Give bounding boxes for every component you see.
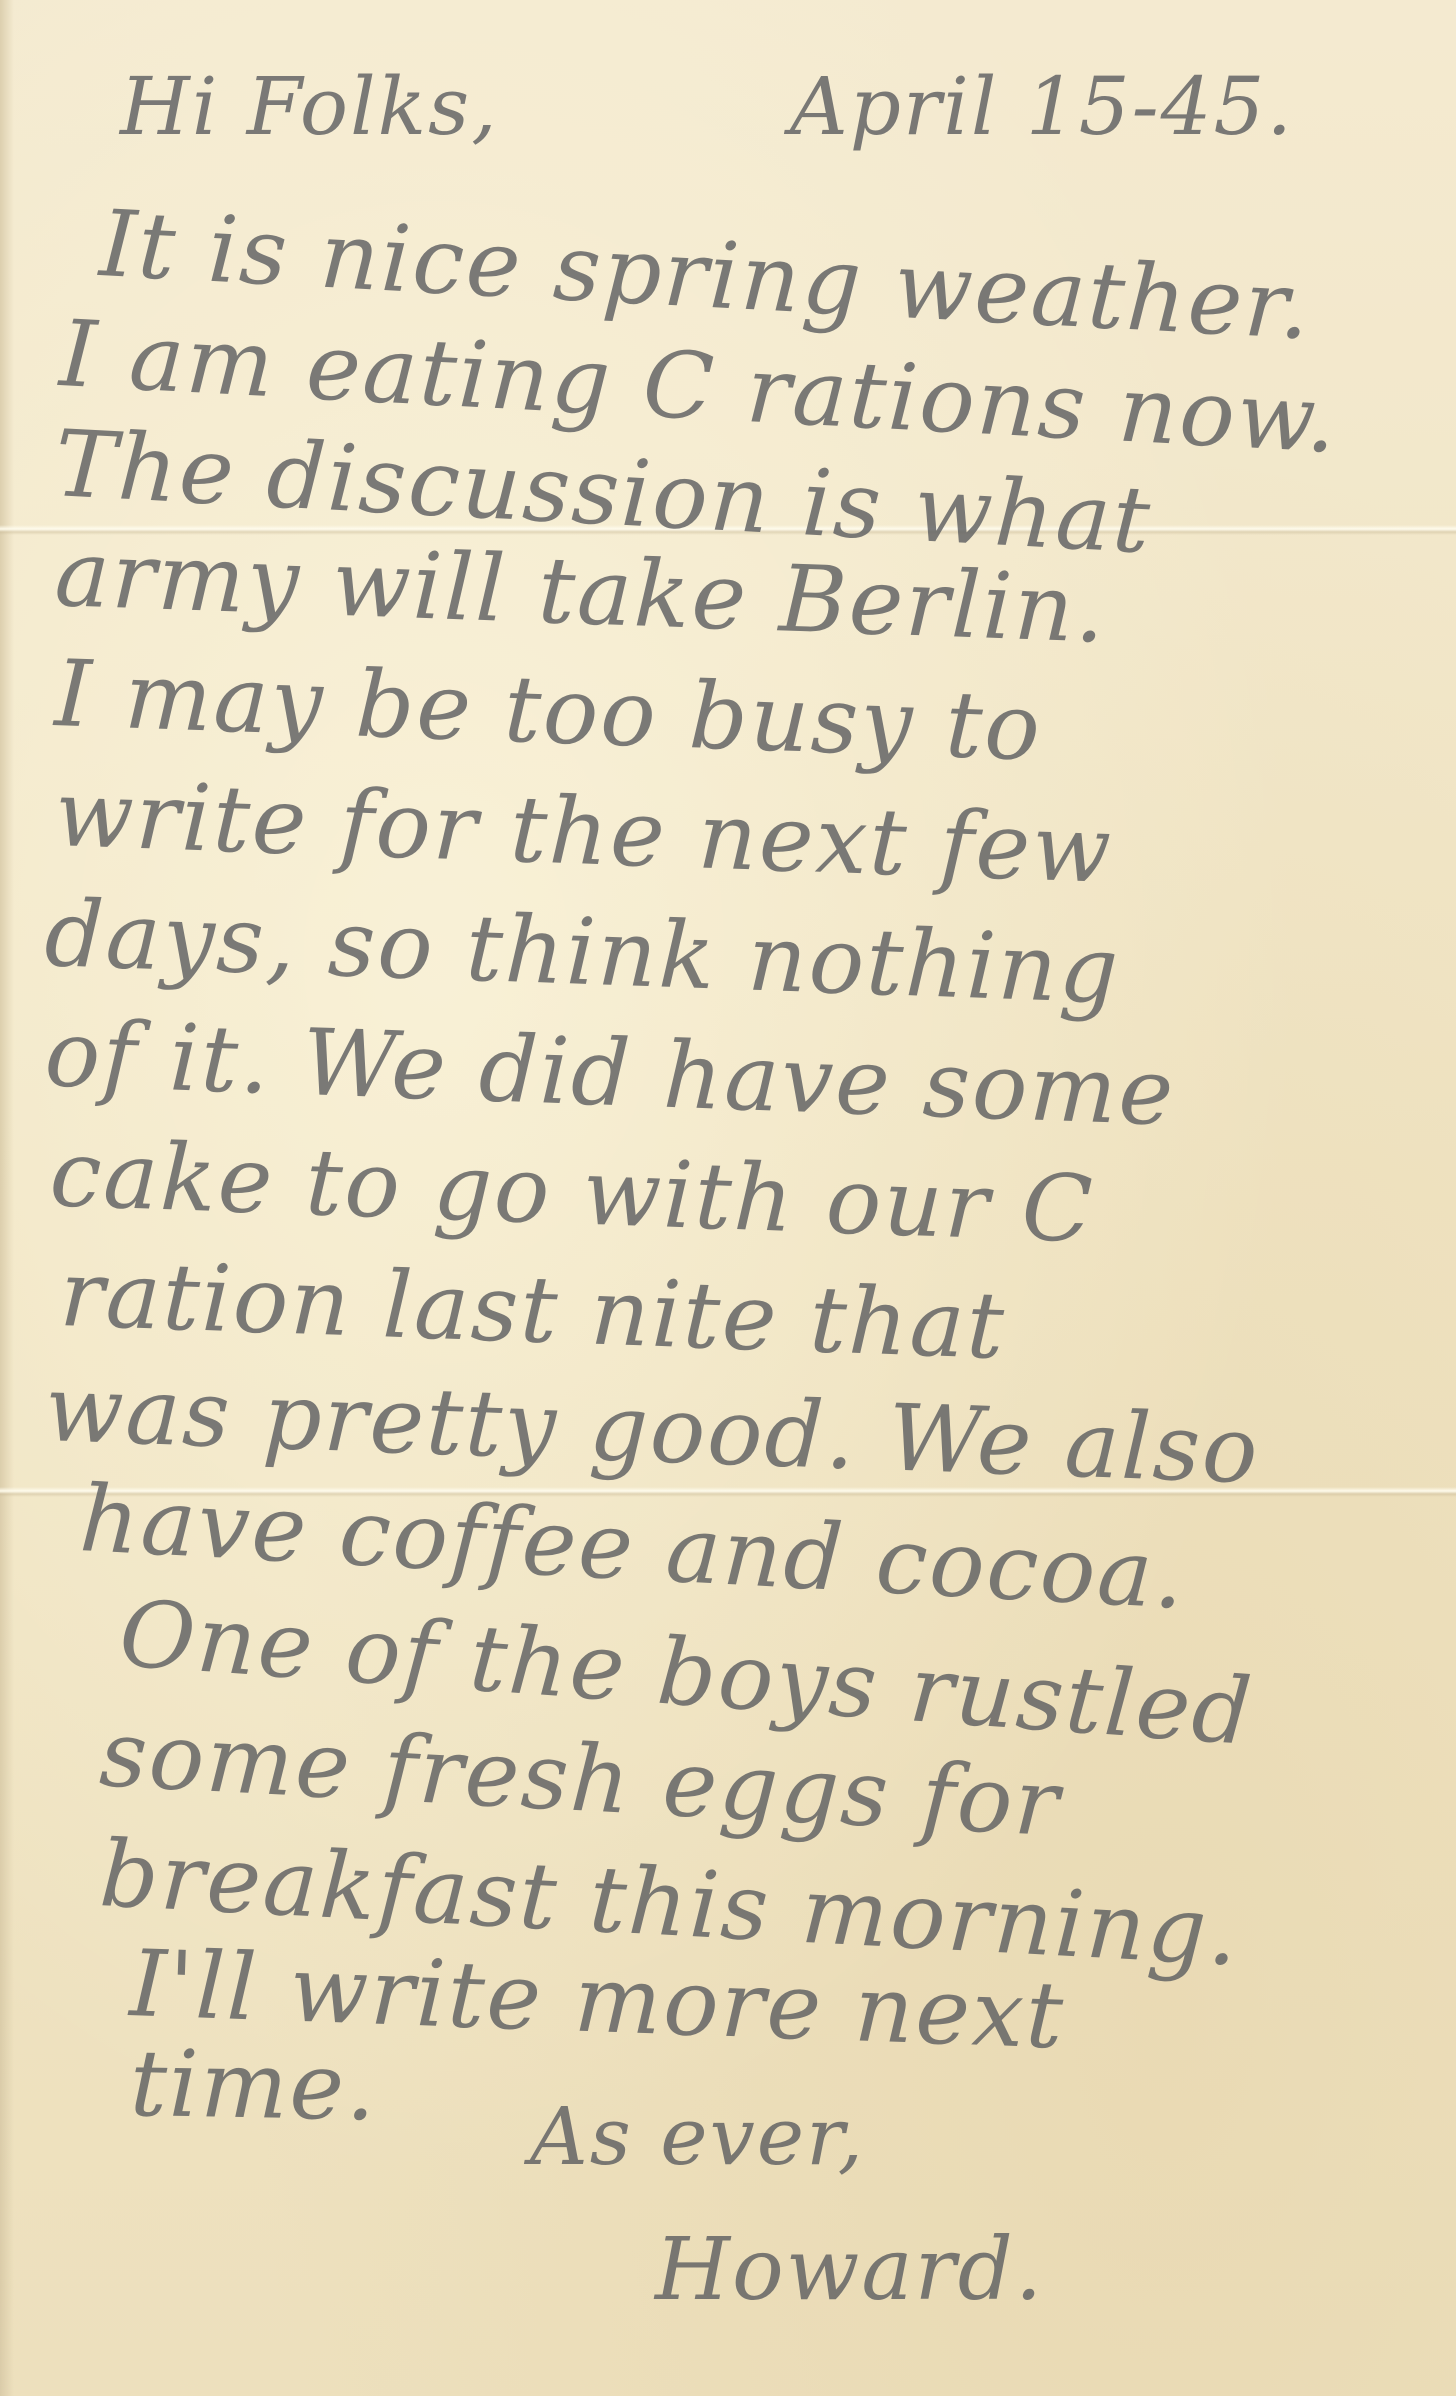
letter-signature: Howard. [655,2220,1044,2320]
letter-line: time. [129,2030,378,2141]
paper-edge [0,0,14,2396]
letter-closing: As ever, [530,2090,865,2183]
letter-greeting: Hi Folks, [120,60,499,153]
letter-date: April 15-45. [790,60,1294,153]
